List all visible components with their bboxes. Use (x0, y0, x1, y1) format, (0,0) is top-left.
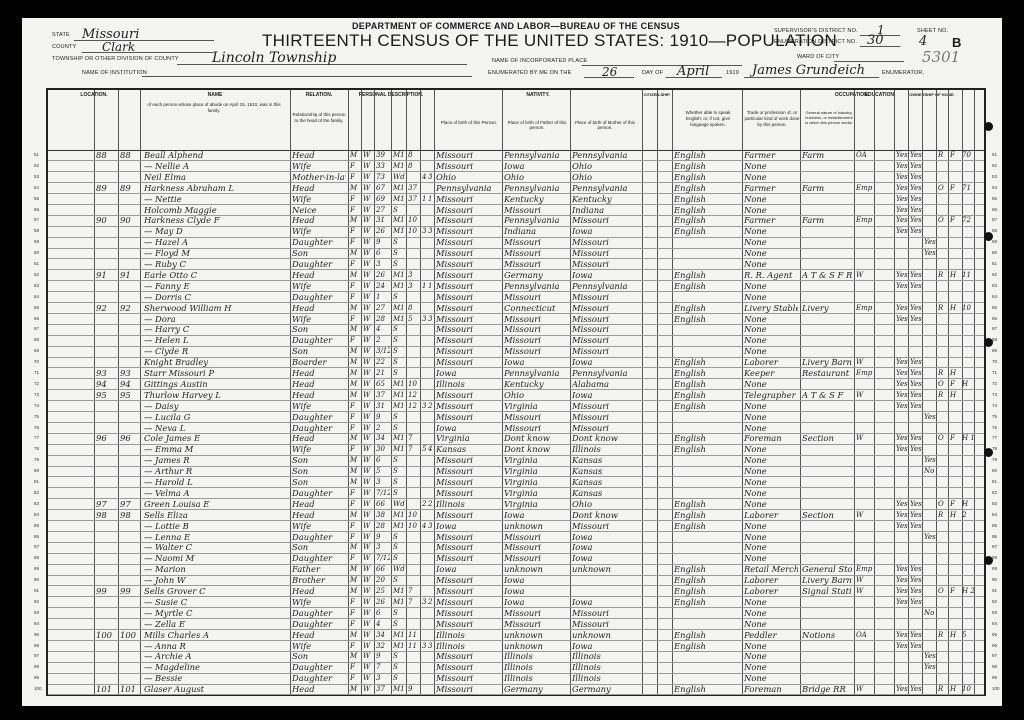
cell-ind: Livery Barn (802, 357, 852, 367)
cell-write: Yes (910, 379, 922, 389)
line-number: 60 (992, 248, 997, 258)
cell-fam: 101 (120, 684, 138, 694)
cell-sex: M (350, 433, 360, 443)
cell-own: R (938, 270, 948, 280)
cell-emp: W (856, 390, 874, 400)
cell-occ: None (744, 248, 798, 258)
cell-fbp: Virginia (504, 455, 568, 465)
cell-write: Yes (910, 368, 922, 378)
cell-race: W (363, 281, 373, 291)
cell-mbp: Pennsylvania (572, 368, 640, 378)
cell-dw: 97 (96, 499, 116, 509)
cell-ms: M1 (393, 314, 405, 324)
cell-chl: 4 (428, 444, 434, 454)
table-row: — Naomi MDaughterFW7/12SMissouriMissouri… (48, 553, 984, 564)
cell-school: Yes (924, 662, 936, 672)
cell-mbp: Missouri (572, 401, 640, 411)
cell-write: Yes (910, 586, 922, 596)
cell-dw: 98 (96, 510, 116, 520)
cell-fbp: Missouri (504, 259, 568, 269)
cell-farm: F (950, 586, 962, 596)
cell-read: Yes (896, 510, 908, 520)
cell-ms: S (393, 575, 405, 585)
cell-lang: English (674, 226, 740, 236)
cell-ms: M1 (393, 161, 405, 171)
cell-race: W (363, 455, 373, 465)
line-number: 87 (34, 542, 39, 552)
cell-sex: M (350, 324, 360, 334)
cell-read: Yes (896, 433, 908, 443)
cell-race: W (363, 292, 373, 302)
cell-fbp: Virginia (504, 488, 568, 498)
cell-dw: 90 (96, 215, 116, 225)
cell-mbp: unknown (572, 630, 640, 640)
cell-occ: None (744, 281, 798, 291)
cell-age: 3 (376, 542, 390, 552)
cell-occ: R. R. Agent (744, 270, 798, 280)
cell-sex: F (350, 641, 360, 651)
cell-yrs: 3 (408, 281, 420, 291)
cell-lang: English (674, 390, 740, 400)
cell-write: Yes (910, 303, 922, 313)
cell-ms: S (393, 466, 405, 476)
cell-farm: F (950, 499, 962, 509)
cell-farm: H (950, 368, 962, 378)
cell-ms: S (393, 205, 405, 215)
cell-rel: Wife (292, 161, 346, 171)
line-number: 75 (992, 412, 997, 422)
cell-age: 65 (376, 379, 390, 389)
cell-rel: Son (292, 248, 346, 258)
cell-bp: Missouri (436, 194, 500, 204)
cell-dw: 91 (96, 270, 116, 280)
cell-age: 34 (376, 433, 390, 443)
cell-age: 66 (376, 499, 390, 509)
cell-bp: Missouri (436, 205, 500, 215)
cell-ms: M1 (393, 183, 405, 193)
cell-occ: Foreman (744, 433, 798, 443)
cell-rel: Wife (292, 281, 346, 291)
cell-emp: W (856, 433, 874, 443)
cell-name: — Floyd M (144, 248, 288, 258)
cell-name: — Neva L (144, 423, 288, 433)
cell-sex: M (350, 510, 360, 520)
cell-sched: 11 (962, 270, 974, 280)
cell-bp: Missouri (436, 346, 500, 356)
cell-emp: W (856, 510, 874, 520)
line-number: 91 (34, 586, 39, 596)
cell-read: Yes (896, 521, 908, 531)
cell-rel: Head (292, 270, 346, 280)
table-row: 101101Glaser AugustHeadMW37M19MissouriGe… (48, 684, 984, 695)
cell-ind: Bridge RR (802, 684, 852, 694)
cell-rel: Son (292, 651, 346, 661)
cell-read: Yes (896, 183, 908, 193)
line-number: 70 (992, 357, 997, 367)
cell-sched: H 10 (962, 433, 974, 443)
cell-occ: Farmer (744, 150, 798, 160)
line-number: 61 (992, 259, 997, 269)
cell-age: 31 (376, 215, 390, 225)
cell-rel: Wife (292, 521, 346, 531)
line-number: 98 (34, 662, 39, 672)
sheet-number: 4 (919, 34, 927, 49)
binder-hole (984, 232, 993, 241)
cell-rel: Wife (292, 314, 346, 324)
table-row: 9999Sells Grover CHeadMW25M17MissouriIow… (48, 586, 984, 597)
cell-occ: None (744, 641, 798, 651)
cell-bp: Missouri (436, 259, 500, 269)
cell-write: Yes (910, 205, 922, 215)
cell-bp: Missouri (436, 586, 500, 596)
line-number: 94 (34, 619, 39, 629)
cell-fbp: Pennsylvania (504, 183, 568, 193)
cell-occ: None (744, 673, 798, 683)
cell-chl: 3 (428, 521, 434, 531)
cell-farm: H (950, 303, 962, 313)
cell-bp: Missouri (436, 226, 500, 236)
cell-rel: Head (292, 433, 346, 443)
cell-write: Yes (910, 630, 922, 640)
line-number: 57 (34, 215, 39, 225)
cell-lang: English (674, 205, 740, 215)
trade-header: Trade or profession of, or particular ki… (744, 110, 800, 128)
cell-read: Yes (896, 630, 908, 640)
cell-sex: F (350, 401, 360, 411)
cell-fam: 88 (120, 150, 138, 160)
cell-read: Yes (896, 314, 908, 324)
cell-race: W (363, 641, 373, 651)
cell-name: — Lottie B (144, 521, 288, 531)
industry-header: General nature of industry, business, or… (804, 110, 854, 140)
cell-bp: Missouri (436, 651, 500, 661)
cell-rel: Son (292, 477, 346, 487)
table-row: — Zella EDaughterFW4SMissouriMissouriMis… (48, 619, 984, 630)
cell-occ: None (744, 226, 798, 236)
cell-lang: English (674, 161, 740, 171)
cell-ms: S (393, 651, 405, 661)
cell-mbp: Missouri (572, 237, 640, 247)
cell-name: — Bessie (144, 673, 288, 683)
cell-sched: H (962, 499, 974, 509)
county-label: COUNTY (52, 44, 76, 50)
cell-occ: None (744, 455, 798, 465)
cell-sex: M (350, 575, 360, 585)
cell-fam: 98 (120, 510, 138, 520)
cell-race: W (363, 194, 373, 204)
cell-mbp: Iowa (572, 542, 640, 552)
cell-sex: F (350, 292, 360, 302)
cell-write: Yes (910, 357, 922, 367)
cell-race: W (363, 390, 373, 400)
cell-sex: F (350, 335, 360, 345)
cell-fbp: Virginia (504, 499, 568, 509)
cell-age: 22 (376, 357, 390, 367)
cell-name: — Harold L (144, 477, 288, 487)
cell-yrs: 12 (408, 401, 420, 411)
cell-race: W (363, 564, 373, 574)
cell-occ: None (744, 466, 798, 476)
cell-read: Yes (896, 226, 908, 236)
cell-sex: M (350, 390, 360, 400)
cell-dw: 95 (96, 390, 116, 400)
cell-sex: M (350, 368, 360, 378)
cell-fbp: Missouri (504, 205, 568, 215)
line-number: 96 (992, 641, 997, 651)
cell-occ: Farmer (744, 183, 798, 193)
table-row: — Nellie AWifeFW33M18MissouriIowaOhioEng… (48, 161, 984, 172)
cell-rel: Head (292, 303, 346, 313)
cell-ind: General Store (802, 564, 852, 574)
cell-name: Gittings Austin (144, 379, 288, 389)
line-number: 92 (34, 597, 39, 607)
cell-name: — Lenna E (144, 532, 288, 542)
line-number: 99 (992, 673, 997, 683)
line-number: 85 (992, 521, 997, 531)
cell-fbp: Missouri (504, 619, 568, 629)
cell-rel: Wife (292, 444, 346, 454)
cell-ind: Notions (802, 630, 852, 640)
cell-bp: Missouri (436, 390, 500, 400)
cell-name: — Dora (144, 314, 288, 324)
cell-name: — Magdeline (144, 662, 288, 672)
cell-ms: S (393, 368, 405, 378)
cell-fbp: Germany (504, 270, 568, 280)
cell-farm: H (950, 270, 962, 280)
cell-rel: Son (292, 346, 346, 356)
table-row: 9191Earle Otto CHeadMW26M13MissouriGerma… (48, 270, 984, 281)
cell-own: O (938, 499, 948, 509)
cell-occ: None (744, 172, 798, 182)
line-number: 66 (992, 314, 997, 324)
line-number: 86 (34, 532, 39, 542)
census-title: THIRTEENTH CENSUS OF THE UNITED STATES: … (262, 31, 837, 51)
cell-rel: Daughter (292, 412, 346, 422)
table-row: 9696Cole James EHeadMW34M17VirginiaDont … (48, 433, 984, 444)
cell-ms: Wd (393, 499, 405, 509)
township-label: TOWNSHIP OR OTHER DIVISION OF COUNTY (52, 56, 179, 62)
group-nativity: NATIVITY. (434, 92, 642, 98)
table-row: — Susie CWifeFW26M1732MissouriIowaIowaEn… (48, 597, 984, 608)
cell-name: Cole James E (144, 433, 288, 443)
cell-ms: S (393, 346, 405, 356)
cell-mbp: Dont know (572, 510, 640, 520)
cell-sex: F (350, 662, 360, 672)
cell-name: — Marion (144, 564, 288, 574)
cell-race: W (363, 521, 373, 531)
ward-label: WARD OF CITY (797, 54, 839, 60)
cell-race: W (363, 532, 373, 542)
cell-race: W (363, 150, 373, 160)
cell-race: W (363, 423, 373, 433)
enumeration-year: 1910 (726, 70, 739, 76)
cell-age: 7/12 (376, 488, 390, 498)
cell-sex: F (350, 226, 360, 236)
cell-sex: M (350, 651, 360, 661)
cell-read: Yes (896, 444, 908, 454)
cell-mbp: Pennsylvania (572, 183, 640, 193)
line-number: 93 (34, 608, 39, 618)
cell-rel: Son (292, 542, 346, 552)
cell-ms: S (393, 248, 405, 258)
cell-bp: Missouri (436, 324, 500, 334)
cell-name: — Clyde R (144, 346, 288, 356)
cell-name: — Zella E (144, 619, 288, 629)
line-number: 91 (992, 586, 997, 596)
cell-race: W (363, 183, 373, 193)
cell-age: 2 (376, 423, 390, 433)
table-row: — Lottie BWifeFW28M11043IowaunknownMisso… (48, 521, 984, 532)
cell-rel: Head (292, 510, 346, 520)
cell-fam: 91 (120, 270, 138, 280)
cell-race: W (363, 499, 373, 509)
cell-write: Yes (910, 281, 922, 291)
cell-age: 37 (376, 390, 390, 400)
cell-bp: Missouri (436, 542, 500, 552)
line-number: 84 (34, 510, 39, 520)
cell-sched: H 2 (962, 586, 974, 596)
cell-bp: Missouri (436, 455, 500, 465)
cell-fbp: Iowa (504, 597, 568, 607)
cell-lang: English (674, 641, 740, 651)
cell-own: R (938, 684, 948, 694)
line-number: 67 (992, 324, 997, 334)
table-row: Neil ElmaMother-in-lawFW73Wd43OhioOhioOh… (48, 172, 984, 183)
cell-rel: Head (292, 684, 346, 694)
cell-write: Yes (910, 641, 922, 651)
table-row: — Clyde RSonMW3/12SMissouriMissouriMisso… (48, 346, 984, 357)
cell-mbp: Illinois (572, 673, 640, 683)
cell-fbp: Illinois (504, 651, 568, 661)
cell-chl: 2 (428, 401, 434, 411)
cell-race: W (363, 477, 373, 487)
cell-chl: 2 (428, 597, 434, 607)
cell-rel: Daughter (292, 259, 346, 269)
cell-rel: Daughter (292, 608, 346, 618)
cell-name: — Myrtle C (144, 608, 288, 618)
enumeration-day: 26 (602, 65, 617, 79)
cell-fam: 92 (120, 303, 138, 313)
cell-race: W (363, 542, 373, 552)
cell-fbp: Virginia (504, 466, 568, 476)
cell-occ: None (744, 532, 798, 542)
group-ownership: OWNERSHIP OF HOME. (906, 92, 958, 97)
cell-mbp: Germany (572, 684, 640, 694)
cell-name: — Arthur R (144, 466, 288, 476)
cell-lang: English (674, 172, 740, 182)
cell-sex: M (350, 215, 360, 225)
table-row: — Walter CSonMW3SMissouriMissouriIowaNon… (48, 542, 984, 553)
cell-dw: 99 (96, 586, 116, 596)
table-row: — Emma MWifeFW30M1754KansasDont knowIlli… (48, 444, 984, 455)
cell-sex: F (350, 488, 360, 498)
cell-fbp: Missouri (504, 412, 568, 422)
cell-ms: S (393, 335, 405, 345)
birthplace-person-header: Place of birth of this Person. (436, 120, 502, 125)
table-row: — John WBrotherMW20SMissouriIowaEnglishL… (48, 575, 984, 586)
cell-rel: Wife (292, 401, 346, 411)
line-number: 51 (992, 150, 997, 160)
cell-ms: S (393, 324, 405, 334)
cell-sex: M (350, 270, 360, 280)
cell-write: Yes (910, 215, 922, 225)
line-number: 61 (34, 259, 39, 269)
cell-name: — Hazel A (144, 237, 288, 247)
line-number: 76 (992, 423, 997, 433)
cell-name: — Ruby C (144, 259, 288, 269)
cell-read: Yes (896, 586, 908, 596)
cell-sched: 10 (962, 684, 974, 694)
cell-ms: M1 (393, 510, 405, 520)
cell-age: 9 (376, 532, 390, 542)
group-education: EDUCATION. (854, 92, 906, 98)
cell-occ: Telegrapher (744, 390, 798, 400)
cell-rel: Daughter (292, 423, 346, 433)
line-number: 55 (34, 194, 39, 204)
line-number: 65 (992, 303, 997, 313)
cell-mbp: Kansas (572, 455, 640, 465)
cell-rel: Head (292, 379, 346, 389)
cell-bp: Missouri (436, 684, 500, 694)
cell-ms: S (393, 619, 405, 629)
cell-sex: M (350, 455, 360, 465)
cell-emp: OA (856, 630, 874, 640)
cell-sex: M (350, 357, 360, 367)
cell-sex: M (350, 630, 360, 640)
cell-lang: English (674, 183, 740, 193)
cell-sex: F (350, 673, 360, 683)
table-row: 9898Sells ElizaHeadMW38M110MissouriIowaD… (48, 510, 984, 521)
binder-hole (984, 338, 993, 347)
cell-occ: None (744, 488, 798, 498)
enumerator-label: ENUMERATOR. (882, 70, 924, 76)
cell-fam: 100 (120, 630, 138, 640)
cell-mbp: Missouri (572, 423, 640, 433)
cell-lang: English (674, 433, 740, 443)
cell-name: Harkness Abraham L (144, 183, 288, 193)
cell-bp: Missouri (436, 662, 500, 672)
cell-occ: None (744, 314, 798, 324)
cell-bp: Missouri (436, 335, 500, 345)
line-number: 71 (34, 368, 39, 378)
cell-mbp: Kentucky (572, 194, 640, 204)
line-number: 60 (34, 248, 39, 258)
cell-race: W (363, 248, 373, 258)
cell-sex: M (350, 684, 360, 694)
cell-race: W (363, 630, 373, 640)
cell-bp: Missouri (436, 619, 500, 629)
cell-bp: Missouri (436, 608, 500, 618)
name-column-description: of each person whose place of abode on A… (144, 102, 284, 114)
cell-bp: Missouri (436, 553, 500, 563)
cell-bp: Missouri (436, 237, 500, 247)
cell-name: Earle Otto C (144, 270, 288, 280)
cell-sex: F (350, 194, 360, 204)
cell-name: — Dorris C (144, 292, 288, 302)
cell-read: Yes (896, 390, 908, 400)
cell-mbp: Illinois (572, 662, 640, 672)
cell-mbp: Missouri (572, 292, 640, 302)
cell-ind: A T & S F R R (802, 270, 852, 280)
line-number: 100 (34, 684, 42, 694)
cell-fbp: Iowa (504, 161, 568, 171)
line-number: 73 (992, 390, 997, 400)
cell-emp: W (856, 357, 874, 367)
cell-yrs: 8 (408, 303, 420, 313)
cell-sex: M (350, 150, 360, 160)
cell-dw: 101 (96, 684, 116, 694)
cell-name: Holcomb Maggie (144, 205, 288, 215)
